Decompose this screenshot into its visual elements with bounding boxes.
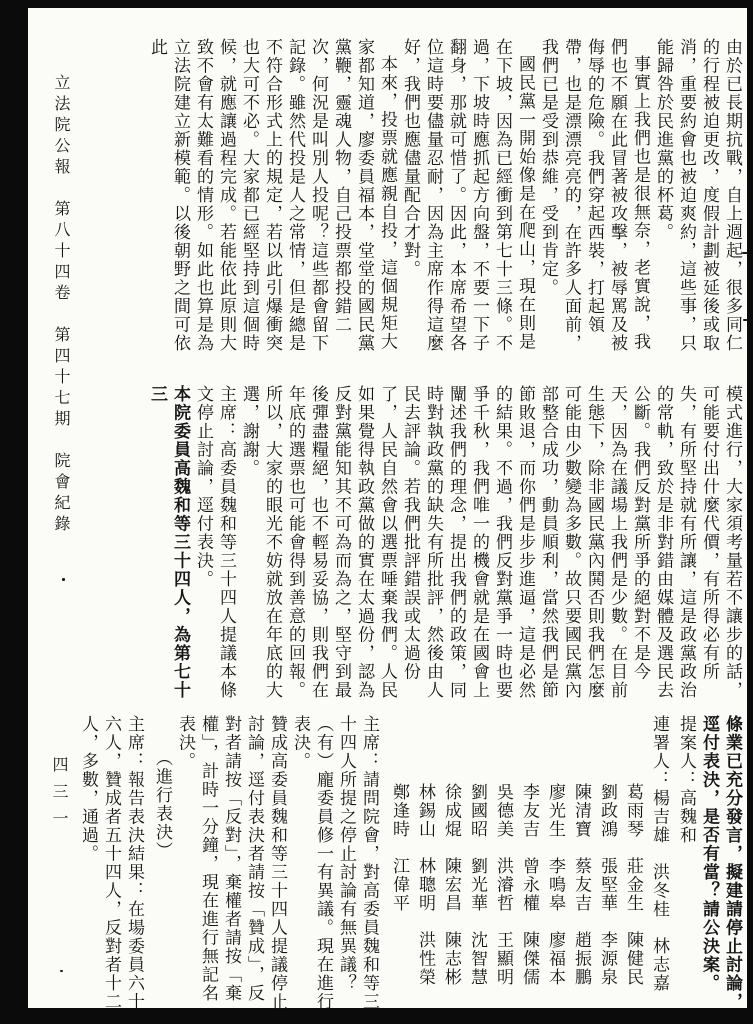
cosigner-column: 廖光生 李鳴皋 廖福本 [543, 715, 566, 1011]
cosigner-column: 劉國昭 劉光華 沈智慧 [465, 715, 488, 1011]
cosigner-column: 李友吉 曾永權 陳傑儒 [517, 715, 540, 1011]
cosigner-column: 葛雨琴 莊金生 陳健民 [621, 715, 644, 1011]
cosigner-column: 徐成焜 陳宏昌 陳志彬 [439, 715, 462, 1011]
register-bottom: 條業已充分發言，擬建請停止討論，逕付表決，是否有當？請公決案。提案人：高魏和連署… [86, 715, 743, 1011]
motion-text-continued: 條業已充分發言，擬建請停止討論，逕付表決，是否有當？請公決案。 [697, 715, 743, 1011]
cosigner-column: 鄭逢時 江偉平 [387, 715, 410, 1011]
register-top: 由於已長期抗戰，自上週起，很多同仁的行程被迫更改，度假計劃被延後或取消，重要約會… [86, 38, 743, 360]
scanned-gazette-page: 立法院公報 第八十四卷 第四十七期 院會紀錄 四三一 由於已長期抗戰，自上週起，… [0, 0, 753, 1024]
scan-artifact [62, 578, 65, 581]
voting-instructions: 贊成高委員魏和等三十四人提議停止討論，逕付表決者請按「贊成」，反對者請按「反對」… [173, 715, 288, 1011]
page-number: 四三一 [48, 756, 71, 837]
cosigner-column: 連署人：楊吉雄 洪冬桂 林志嘉 [647, 715, 670, 1011]
vote-in-progress-marker: （進行表決） [150, 715, 173, 1011]
cosigner-column: 林錫山 林聰明 洪性榮 [413, 715, 436, 1011]
scan-artifact [742, 252, 748, 254]
speech-paragraph: 由於已長期抗戰，自上週起，很多同仁的行程被迫更改，度假計劃被延後或取消，重要約會… [651, 38, 743, 360]
chair-question: 主席：請問院會，對高委員魏和等三十四人所提之停止討論有無異議？（有）龐委員修一有… [288, 715, 380, 1011]
cosigner-column: 陳清寶 蔡友吉 趙振鵬 [569, 715, 592, 1011]
chair-statement: 主席：高委員魏和等三十四人提議本條文停止討論，逕付表決。 [191, 385, 237, 707]
paper-sheet: 立法院公報 第八十四卷 第四十七期 院會紀錄 四三一 由於已長期抗戰，自上週起，… [28, 8, 747, 1008]
gazette-margin-title: 立法院公報 第八十四卷 第四十七期 院會紀錄 [50, 74, 73, 536]
speech-paragraph: 國民黨一開始像是在爬山，現在則是在下坡，因為已經衝到第七十三條。不過，下坡時應抓… [398, 38, 536, 360]
register-middle: 模式進行，大家須考量若不讓步的話，可能要付出什麼代價，有所得必有所失，有所堅持就… [86, 385, 743, 707]
vote-result: 主席：報告表決結果：在場委員六十六人，贊成者五十四人，反對者十二人，多數，通過。 [76, 715, 145, 1011]
cosigner-column: 劉政鴻 張堅華 李源泉 [595, 715, 618, 1011]
scan-artifact [743, 319, 748, 321]
motion-text: 本院委員高魏和等三十四人，為第七十三 [145, 385, 191, 707]
speech-paragraph: 本來，投票就應親自投，這個規矩大家都知道，廖委員福本，堂堂的國民黨黨鞭，靈魂人物… [145, 38, 398, 360]
text-area: 由於已長期抗戰，自上週起，很多同仁的行程被迫更改，度假計劃被延後或取消，重要約會… [86, 30, 743, 1008]
cosigner-column: 吳德美 洪濬哲 王顯明 [491, 715, 514, 1011]
speech-paragraph: 事實上我們也是很無奈，老實說，我們也不願在此冒著被攻擊，被辱罵及被侮辱的危險。我… [536, 38, 651, 360]
speech-continuation: 模式進行，大家須考量若不讓步的話，可能要付出什麼代價，有所得必有所失，有所堅持就… [237, 385, 743, 707]
scan-artifact [60, 970, 63, 972]
proposer-line: 提案人：高魏和 [674, 715, 697, 1011]
